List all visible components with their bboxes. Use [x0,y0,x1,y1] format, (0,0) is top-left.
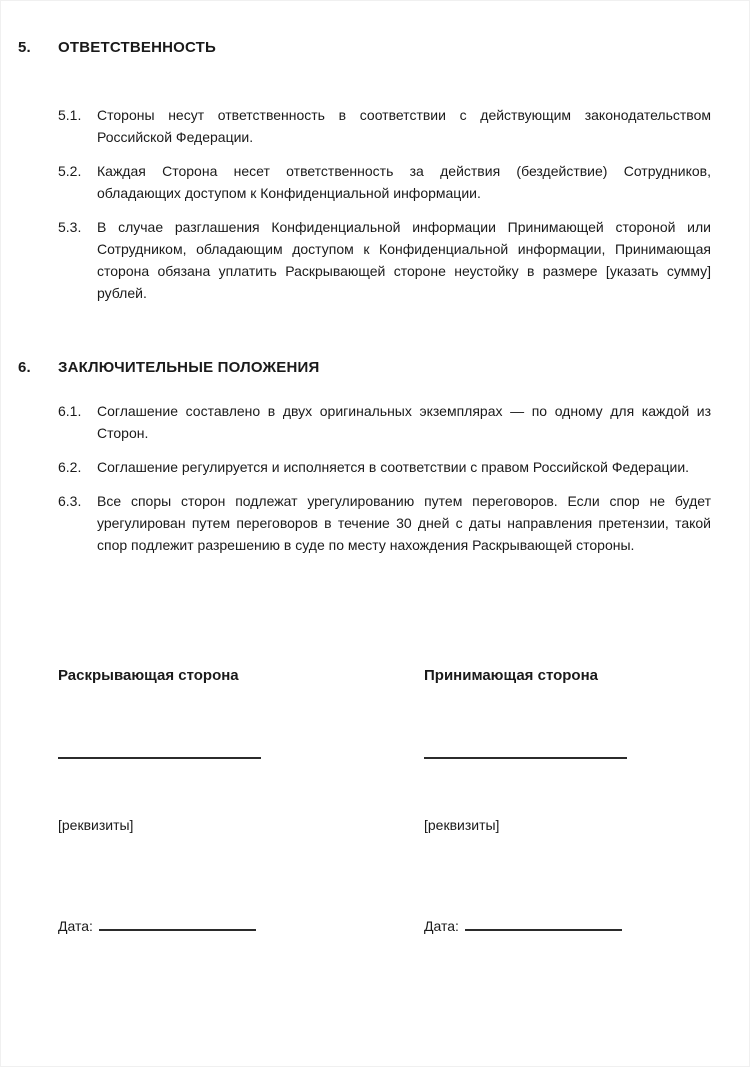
section-number: 5. [18,39,58,57]
clause-text: Все споры сторон подлежат урегулированию… [97,490,711,556]
clause-number: 6.3. [58,490,97,556]
date-row: Дата: [58,915,424,937]
clause-number: 5.1. [58,104,97,148]
clause-text: В случае разглашения Конфиденциальной ин… [97,216,711,304]
date-blank-line [99,915,256,931]
clause-number: 5.3. [58,216,97,304]
signature-block-receiving-party: Принимающая сторона [реквизиты] Дата: [424,667,711,937]
section-heading: 6. ЗАКЛЮЧИТЕЛЬНЫЕ ПОЛОЖЕНИЯ [18,359,711,377]
clause-number: 6.2. [58,456,97,478]
signature-block-disclosing-party: Раскрывающая сторона [реквизиты] Дата: [58,667,424,937]
clause-6-1: 6.1. Соглашение составлено в двух оригин… [18,400,711,444]
clause-number: 5.2. [58,160,97,204]
clause-text: Соглашение регулируется и исполняется в … [97,456,711,478]
section-responsibility: 5. ОТВЕТСТВЕННОСТЬ 5.1. Стороны несут от… [18,39,711,304]
section-heading: 5. ОТВЕТСТВЕННОСТЬ [18,39,711,57]
date-label: Дата: [424,918,459,934]
date-blank-line [465,915,622,931]
section-number: 6. [18,359,58,377]
clause-text: Соглашение составлено в двух оригинальны… [97,400,711,444]
signature-party-title: Раскрывающая сторона [58,667,424,685]
section-title: ОТВЕТСТВЕННОСТЬ [58,39,216,57]
date-row: Дата: [424,915,711,937]
clause-5-3: 5.3. В случае разглашения Конфиденциальн… [18,216,711,304]
clause-5-2: 5.2. Каждая Сторона несет ответственност… [18,160,711,204]
clause-number: 6.1. [58,400,97,444]
signature-line [58,757,261,759]
requisites-placeholder: [реквизиты] [58,814,424,836]
clause-6-2: 6.2. Соглашение регулируется и исполняет… [18,456,711,478]
clause-text: Стороны несут ответственность в соответс… [97,104,711,148]
section-title: ЗАКЛЮЧИТЕЛЬНЫЕ ПОЛОЖЕНИЯ [58,359,320,377]
section-final-provisions: 6. ЗАКЛЮЧИТЕЛЬНЫЕ ПОЛОЖЕНИЯ 6.1. Соглаше… [18,359,711,556]
clause-5-1: 5.1. Стороны несут ответственность в соо… [18,104,711,148]
document-page: 5. ОТВЕТСТВЕННОСТЬ 5.1. Стороны несут от… [0,0,750,1067]
signature-party-title: Принимающая сторона [424,667,711,685]
signature-line [424,757,627,759]
signature-area: Раскрывающая сторона [реквизиты] Дата: П… [18,667,711,937]
clause-text: Каждая Сторона несет ответственность за … [97,160,711,204]
clause-6-3: 6.3. Все споры сторон подлежат урегулиро… [18,490,711,556]
requisites-placeholder: [реквизиты] [424,814,711,836]
date-label: Дата: [58,918,93,934]
